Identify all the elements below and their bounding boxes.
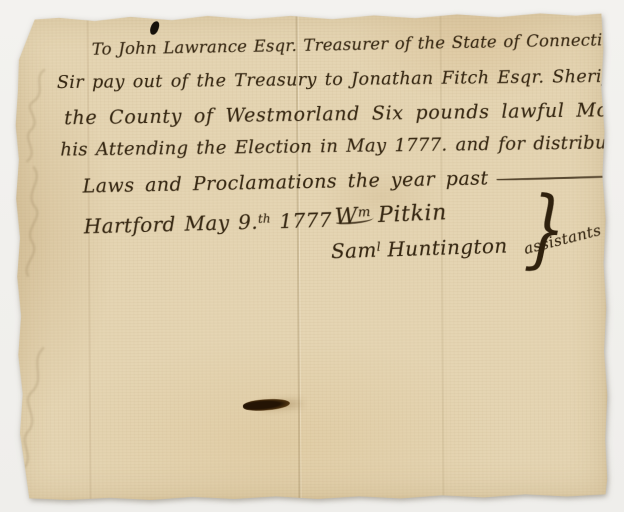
dateline-day-suffix: th <box>258 211 271 225</box>
handwritten-line-5-text: Laws and Proclamations the year past <box>82 167 488 197</box>
bleed-through-mark <box>10 341 59 474</box>
scan-background: To John Lawrance Esqr. Treasurer of the … <box>0 0 624 512</box>
dateline: Hartford May 9.th 1777 <box>84 207 375 239</box>
dateline-place-day: Hartford May 9. <box>84 210 259 239</box>
signature-2-pre: Sam <box>331 238 378 263</box>
signature-wm-pitkin: Wm Pitkin <box>334 200 447 230</box>
bleed-through-mark <box>11 63 59 177</box>
ink-spot <box>149 20 160 36</box>
ink-blot <box>243 398 291 413</box>
handwritten-line-2: Sir pay out of the Treasury to Jonathan … <box>57 66 624 93</box>
handwritten-line-1: To John Lawrance Esqr. Treasurer of the … <box>92 30 624 59</box>
signature-1-superscript: m <box>358 205 371 221</box>
signature-1-post: Pitkin <box>370 200 447 228</box>
dateline-year: 1777 <box>270 208 332 234</box>
handwritten-line-4: his Attending the Election in May 1777. … <box>60 132 624 161</box>
document-paper: To John Lawrance Esqr. Treasurer of the … <box>12 9 609 502</box>
signature-saml-huntington: Saml Huntington <box>331 233 508 263</box>
handwritten-line-3: the County of Westmorland Six pounds law… <box>64 98 624 129</box>
bleed-through-mark <box>12 162 54 284</box>
signature-2-post: Huntington <box>380 233 508 261</box>
paper-wrapper: To John Lawrance Esqr. Treasurer of the … <box>12 9 609 502</box>
signature-1-pre: W <box>334 204 358 230</box>
